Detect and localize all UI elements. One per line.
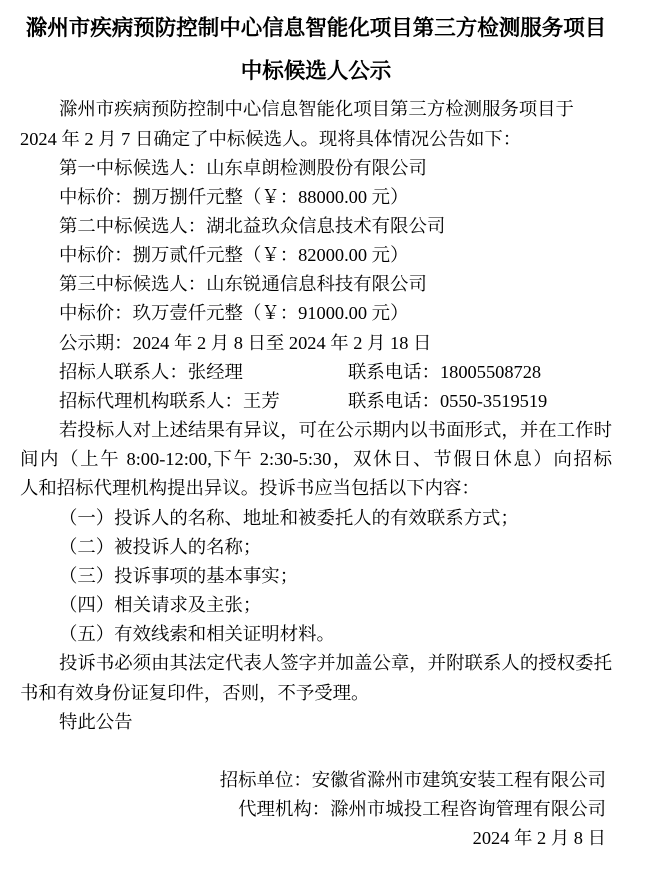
candidate-name: 湖北益玖众信息技术有限公司 [206, 216, 445, 236]
complaint-item: （五）有效线索和相关证明材料。 [0, 620, 612, 649]
tenderer-name: 安徽省滁州市建筑安装工程有限公司 [312, 770, 606, 790]
requirement-line: 书和有效身份证复印件，否则，不予受理。 [0, 679, 612, 708]
phone-number: 18005508728 [440, 362, 541, 382]
complaint-item: （三）投诉事项的基本事实； [0, 562, 612, 591]
requirement-line: 投诉书必须由其法定代表人签字并加盖公章，并附联系人的授权委托 [0, 649, 612, 678]
agency-label: 代理机构： [238, 799, 330, 819]
signature-tenderer: 招标单位：安徽省滁州市建筑安装工程有限公司 [0, 766, 606, 795]
objection-line: 人和招标代理机构提出异议。投诉书应当包括以下内容： [0, 474, 612, 503]
candidate-3-price: 中标价：玖万壹仟元整（￥：91000.00 元） [0, 299, 612, 328]
candidate-name: 山东卓朗检测股份有限公司 [206, 158, 427, 178]
closing-text: 特此公告 [0, 708, 612, 737]
complaint-item: （一）投诉人的名称、地址和被委托人的有效联系方式； [0, 504, 612, 533]
contact-row-tenderer: 招标人联系人：张经理联系电话：18005508728 [0, 358, 612, 387]
contact-name: 王芳 [243, 391, 280, 411]
candidate-1: 第一中标候选人：山东卓朗检测股份有限公司 [0, 154, 612, 183]
phone-label: 联系电话： [348, 362, 440, 382]
objection-line: 若投标人对上述结果有异议，可在公示期内以书面形式，并在工作时 [0, 416, 612, 445]
price-in-words: 玖万壹仟元整 [133, 303, 243, 323]
announcement-body: 滁州市疾病预防控制中心信息智能化项目第三方检测服务项目于 2024 年 2 月 … [0, 95, 652, 853]
price-figure: （￥：88000.00 元） [243, 187, 409, 207]
publicity-period-value: 2024 年 2 月 8 日至 2024 年 2 月 18 日 [133, 333, 432, 353]
intro-line: 2024 年 2 月 7 日确定了中标候选人。现将具体情况公告如下： [0, 125, 612, 154]
price-figure: （￥：82000.00 元） [243, 245, 409, 265]
blank-line [0, 737, 612, 766]
signature-agency: 代理机构：滁州市城投工程咨询管理有限公司 [0, 795, 606, 824]
contact-person: 招标人联系人：张经理 [59, 358, 348, 387]
complaint-item: （四）相关请求及主张； [0, 591, 612, 620]
announcement-page: 滁州市疾病预防控制中心信息智能化项目第三方检测服务项目 中标候选人公示 滁州市疾… [0, 0, 652, 889]
contact-person: 招标代理机构联系人：王芳 [59, 387, 348, 416]
candidate-2: 第二中标候选人：湖北益玖众信息技术有限公司 [0, 212, 612, 241]
price-label: 中标价： [59, 303, 133, 323]
price-in-words: 捌万贰仟元整 [133, 245, 243, 265]
publicity-period-label: 公示期： [59, 333, 133, 353]
contact-name: 张经理 [188, 362, 243, 382]
contact-label: 招标代理机构联系人： [59, 391, 243, 411]
candidate-rank-label: 第一中标候选人： [59, 158, 206, 178]
contact-label: 招标人联系人： [59, 362, 188, 382]
candidate-rank-label: 第二中标候选人： [59, 216, 206, 236]
tenderer-label: 招标单位： [220, 770, 312, 790]
publicity-period: 公示期：2024 年 2 月 8 日至 2024 年 2 月 18 日 [0, 329, 612, 358]
price-in-words: 捌万捌仟元整 [133, 187, 243, 207]
objection-line: 间内（上午 8:00-12:00,下午 2:30-5:30，双休日、节假日休息）… [0, 445, 612, 474]
contact-row-agency: 招标代理机构联系人：王芳联系电话：0550-3519519 [0, 387, 612, 416]
price-label: 中标价： [59, 187, 133, 207]
candidate-1-price: 中标价：捌万捌仟元整（￥：88000.00 元） [0, 183, 612, 212]
price-label: 中标价： [59, 245, 133, 265]
candidate-3: 第三中标候选人：山东锐通信息科技有限公司 [0, 270, 612, 299]
phone-number: 0550-3519519 [440, 391, 547, 411]
price-figure: （￥：91000.00 元） [243, 303, 409, 323]
page-subtitle: 中标候选人公示 [20, 50, 612, 93]
intro-line: 滁州市疾病预防控制中心信息智能化项目第三方检测服务项目于 [0, 95, 612, 124]
page-title: 滁州市疾病预防控制中心信息智能化项目第三方检测服务项目 [20, 7, 612, 50]
agency-name: 滁州市城投工程咨询管理有限公司 [330, 799, 606, 819]
signature-date: 2024 年 2 月 8 日 [0, 824, 606, 853]
candidate-2-price: 中标价：捌万贰仟元整（￥：82000.00 元） [0, 241, 612, 270]
complaint-item: （二）被投诉人的名称； [0, 533, 612, 562]
candidate-rank-label: 第三中标候选人： [59, 274, 206, 294]
candidate-name: 山东锐通信息科技有限公司 [206, 274, 427, 294]
phone-label: 联系电话： [348, 391, 440, 411]
